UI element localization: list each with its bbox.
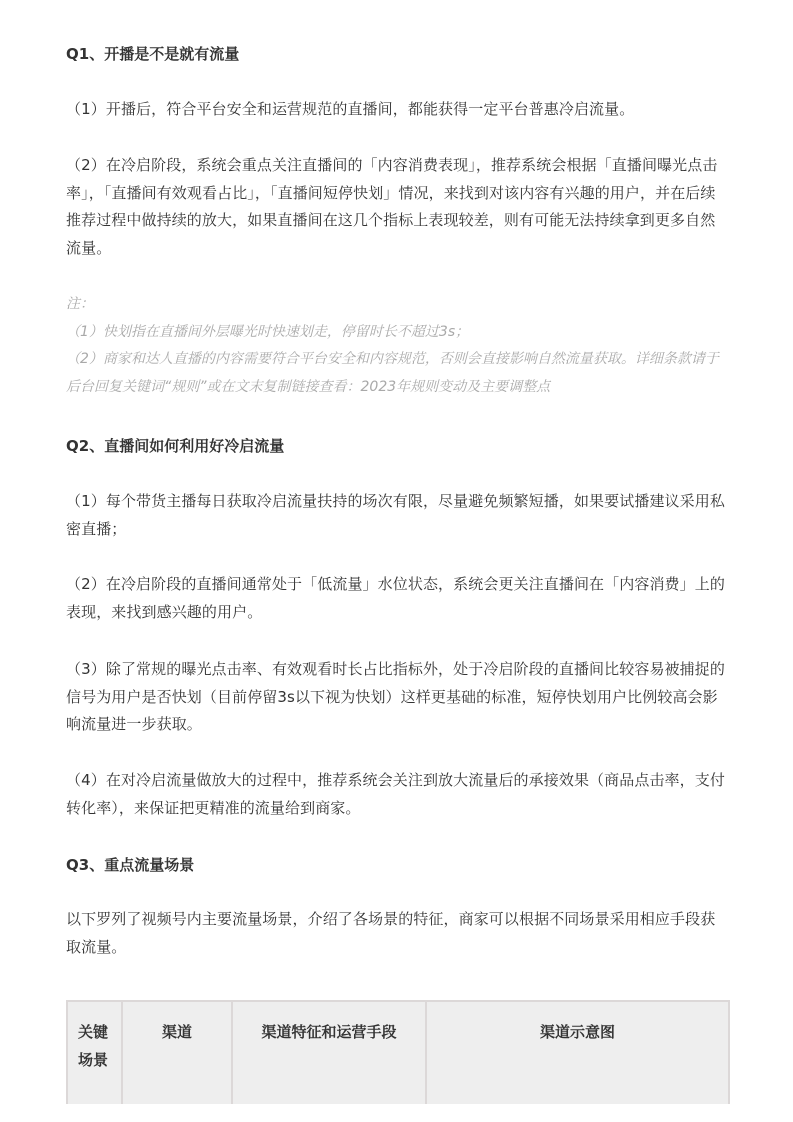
q2-paragraph-2: （2）在冷启阶段的直播间通常处于「低流量」水位状态，系统会更关注直播间在「内容消… — [66, 571, 728, 626]
note-label: 注： — [66, 291, 728, 319]
q2-paragraph-3: （3）除了常规的曝光点击率、有效观看时长占比指标外，处于冷启阶段的直播间比较容易… — [66, 656, 728, 739]
q2-paragraph-4: （4）在对冷启流量做放大的过程中，推荐系统会关注到放大流量后的承接效果（商品点击… — [66, 767, 728, 822]
header-channel: 渠道 — [122, 1001, 232, 1104]
header-channel-diagram: 渠道示意图 — [426, 1001, 729, 1104]
q1-heading: Q1、开播是不是就有流量 — [66, 42, 728, 66]
q1-paragraph-1: （1）开播后，符合平台安全和运营规范的直播间，都能获得一定平台普惠冷启流量。 — [66, 96, 728, 124]
q1-paragraph-2: （2）在冷启阶段，系统会重点关注直播间的「内容消费表现」，推荐系统会根据「直播间… — [66, 152, 728, 262]
q1-note: 注： （1）快划指在直播间外层曝光时快速划走，停留时长不超过3s； （2）商家和… — [66, 291, 728, 401]
q3-paragraph-1: 以下罗列了视频号内主要流量场景，介绍了各场景的特征，商家可以根据不同场景采用相应… — [66, 906, 728, 961]
q3-heading: Q3、重点流量场景 — [66, 853, 728, 877]
note-item-2: （2）商家和达人直播的内容需要符合平台安全和内容规范，否则会直接影响自然流量获取… — [66, 346, 728, 401]
header-key-scene: 关键场景 — [67, 1001, 122, 1104]
table-header-row: 关键场景 渠道 渠道特征和运营手段 渠道示意图 — [67, 1001, 729, 1104]
channel-table: 关键场景 渠道 渠道特征和运营手段 渠道示意图 — [66, 1000, 730, 1104]
q2-paragraph-1: （1）每个带货主播每日获取冷启流量扶持的场次有限，尽量避免频繁短播，如果要试播建… — [66, 488, 728, 543]
header-channel-features: 渠道特征和运营手段 — [232, 1001, 426, 1104]
note-item-1: （1）快划指在直播间外层曝光时快速划走，停留时长不超过3s； — [66, 319, 728, 347]
q2-heading: Q2、直播间如何利用好冷启流量 — [66, 434, 728, 458]
